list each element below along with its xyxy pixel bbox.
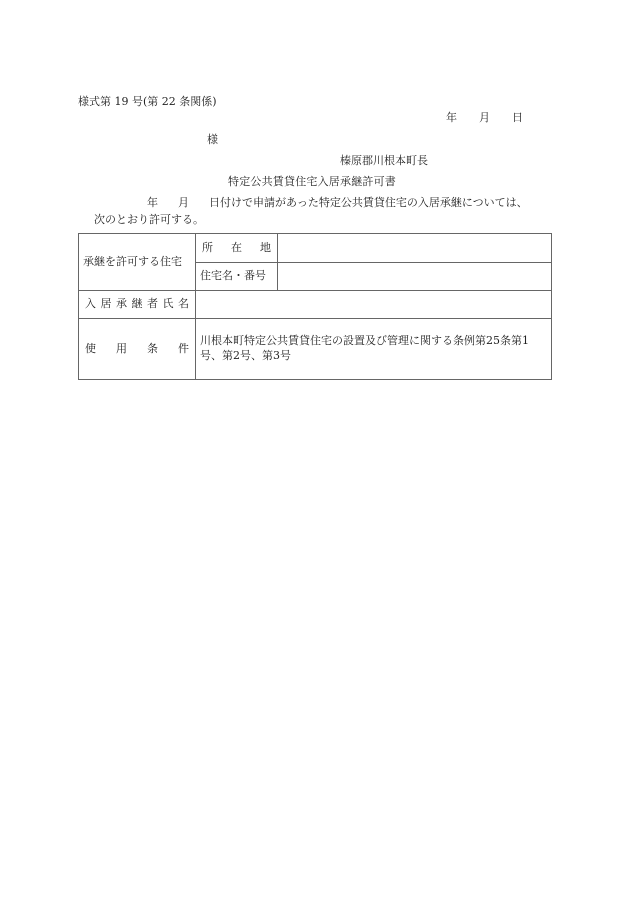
permit-table: 承継を許可する住宅 所 在 地 住宅名・番号 入 居 承 継 者 氏 名 <box>78 233 552 380</box>
table-row: 使 用 条 件 川根本町特定公共賃貸住宅の設置及び管理に関する条例第25条第1号… <box>79 319 552 380</box>
conditions-label-cell: 使 用 条 件 <box>79 319 196 380</box>
label-char: 継 <box>132 297 143 312</box>
conditions-value-cell: 川根本町特定公共賃貸住宅の設置及び管理に関する条例第25条第1号、第2号、第3号 <box>196 319 552 380</box>
conditions-value: 川根本町特定公共賃貸住宅の設置及び管理に関する条例第25条第1号、第2号、第3号 <box>200 334 547 364</box>
application-month-label: 月 <box>178 196 189 209</box>
date-year-label: 年 <box>446 112 457 123</box>
label-char: 用 <box>116 342 127 357</box>
name-number-value-cell <box>278 263 552 291</box>
label-char: 氏 <box>163 297 174 312</box>
successor-label: 入 居 承 継 者 氏 名 <box>83 297 191 312</box>
document-title: 特定公共賃貸住宅入居承継許可書 <box>228 176 396 187</box>
label-char: 件 <box>178 342 189 357</box>
label-char: 在 <box>231 241 242 256</box>
successor-label-cell: 入 居 承 継 者 氏 名 <box>79 291 196 319</box>
body-text-line2: 次のとおり許可する。 <box>94 214 204 225</box>
label-char: 使 <box>85 342 96 357</box>
name-number-label: 住宅名・番号 <box>200 269 266 282</box>
table-row: 承継を許可する住宅 所 在 地 <box>79 234 552 263</box>
label-char: 入 <box>85 297 96 312</box>
application-year-label: 年 <box>147 196 158 209</box>
label-char: 居 <box>101 297 112 312</box>
label-char: 地 <box>260 241 271 256</box>
housing-header: 承継を許可する住宅 <box>83 255 182 268</box>
location-value-cell <box>278 234 552 263</box>
label-char: 条 <box>147 342 158 357</box>
label-char: 承 <box>116 297 127 312</box>
name-number-label-cell: 住宅名・番号 <box>196 263 278 291</box>
body-text-line1: 年月日付けで申請があった特定公共賃貸住宅の入居承継については、 <box>147 197 528 208</box>
date-month-label: 月 <box>479 112 490 123</box>
issue-date: 年月日 <box>446 112 523 123</box>
recipient-suffix: 様 <box>207 134 218 145</box>
date-day-label: 日 <box>512 112 523 123</box>
label-char: 者 <box>147 297 158 312</box>
label-char: 所 <box>202 241 213 256</box>
conditions-label: 使 用 条 件 <box>83 342 191 357</box>
label-char: 名 <box>178 297 189 312</box>
housing-header-cell: 承継を許可する住宅 <box>79 234 196 291</box>
body-line1-rest: 日付けで申請があった特定公共賃貸住宅の入居承継については、 <box>209 196 528 209</box>
table-row: 入 居 承 継 者 氏 名 <box>79 291 552 319</box>
location-label-cell: 所 在 地 <box>196 234 278 263</box>
form-number: 様式第 19 号(第 22 条関係) <box>78 96 217 107</box>
location-label: 所 在 地 <box>200 241 273 256</box>
issuer-name: 榛原郡川根本町長 <box>340 155 428 166</box>
successor-value-cell <box>196 291 552 319</box>
